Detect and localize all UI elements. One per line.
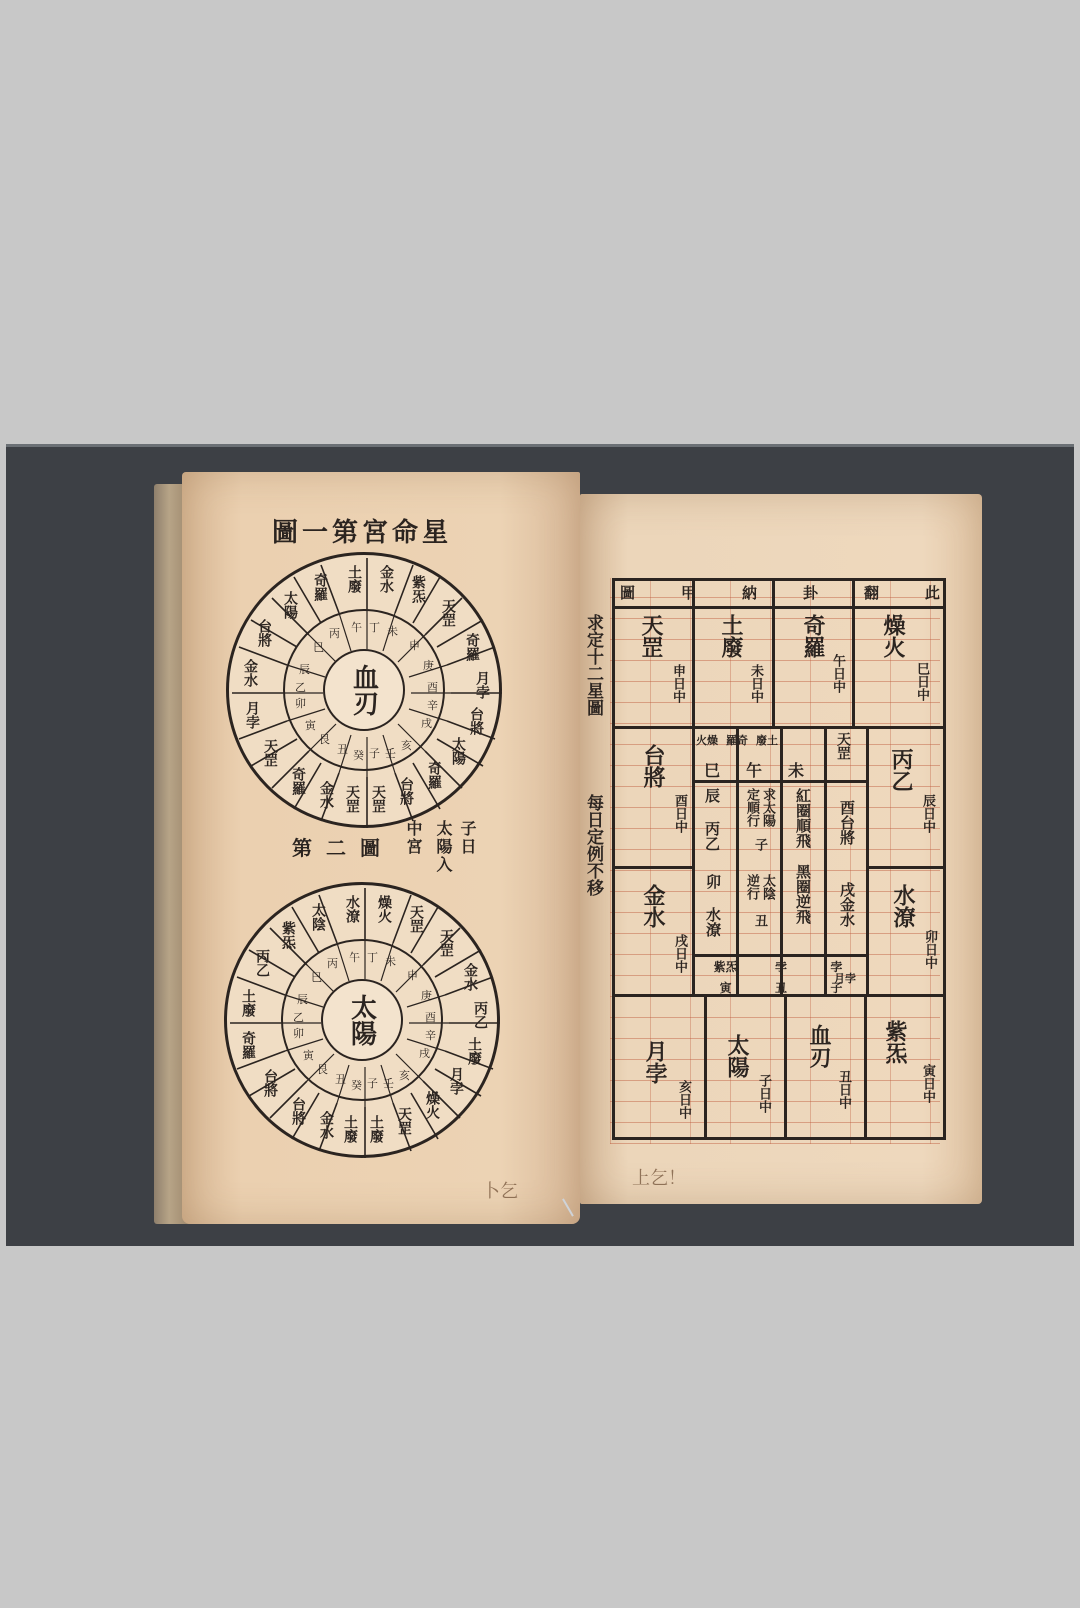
header-char: 納 xyxy=(742,582,757,603)
star-yuebo-note: 亥日中 xyxy=(676,1080,690,1119)
wheel-2-label: 燥火 xyxy=(425,1091,439,1119)
center-c-2: 黑圈逆飛 xyxy=(794,864,811,924)
wheel-2-label: 台將 xyxy=(291,1097,305,1125)
center-e-3: 丑 xyxy=(752,914,766,927)
wheel-2-label: 紫炁 xyxy=(281,921,295,949)
header-char: 翻 xyxy=(864,582,879,603)
wheel-1-label: 奇羅 xyxy=(427,761,441,789)
wheel-1-label: 台將 xyxy=(399,777,413,805)
wheel-2-label: 天罡 xyxy=(397,1107,411,1135)
wheel-2-label: 天罡 xyxy=(409,905,423,933)
center-d: 卯 水潦 xyxy=(704,874,721,937)
side-note-2: 每日定例不移 xyxy=(584,794,602,896)
bottom-inner-cell: 紫炁 xyxy=(698,958,753,975)
wheel-1-branch: 寅 xyxy=(305,717,316,733)
wheel-2-branch: 午 xyxy=(349,949,360,965)
star-xueren: 血刃 xyxy=(808,1024,830,1068)
branch-si: 巳 xyxy=(704,758,720,781)
wheel-1-label: 月孛 xyxy=(245,701,259,729)
star-zaohuo-note: 巳日中 xyxy=(914,662,928,701)
center-a-2: 丙乙 xyxy=(703,821,721,851)
wheel-1-branch: 子 xyxy=(369,745,380,761)
wheel-1-label: 土廢 xyxy=(347,565,361,593)
row-divider xyxy=(612,866,694,869)
wheel-2-label: 燥火 xyxy=(377,895,391,923)
diagram-2-day-note: 子日 xyxy=(456,820,479,856)
col-divider xyxy=(772,578,775,728)
wheel-2-branch: 卯 xyxy=(293,1025,304,1041)
center-b-1: 求太陽 xyxy=(760,788,774,827)
wheel-2-label: 台將 xyxy=(263,1069,277,1097)
header-char: 卦 xyxy=(803,582,818,603)
wheel-1-branch: 亥 xyxy=(401,737,412,753)
left-page-title: 星命宮第一圖 xyxy=(272,512,452,549)
right-page-marginalia: 上乞！ xyxy=(632,1164,686,1190)
star-qiluo: 奇羅 xyxy=(802,614,824,658)
star-zaohuo: 燥火 xyxy=(882,614,904,658)
star-tiangang: 天罡 xyxy=(640,614,662,658)
wheel-1-branch: 未 xyxy=(387,623,398,639)
row-divider xyxy=(866,866,946,869)
center-b-2: 定順行 xyxy=(744,788,758,827)
wheel-1-branch: 戌 xyxy=(421,715,432,731)
wheel-1-branch: 乙 xyxy=(295,679,306,695)
diagram-2-sun-note: 太陽入 xyxy=(432,820,455,874)
wheel-1-branch: 癸 xyxy=(353,747,364,763)
wheel-2-branch: 癸 xyxy=(351,1077,362,1093)
table-header: 此 翻 卦 納 甲 圖 xyxy=(620,582,940,603)
wheel-2-branch: 亥 xyxy=(399,1067,410,1083)
wheel-1-label: 天罡 xyxy=(441,599,455,627)
wheel-2-label: 月孛 xyxy=(449,1067,463,1095)
wheel-2-branch: 乙 xyxy=(293,1009,304,1025)
inner-header-cell: 火燥 xyxy=(696,732,718,748)
wheel-1-branch: 丁 xyxy=(369,619,380,635)
wheel-2-label: 土廢 xyxy=(343,1115,357,1143)
wheel-1-label: 太陽 xyxy=(451,737,465,765)
header-rule xyxy=(612,606,946,609)
wheel-2-label: 丙乙 xyxy=(473,1001,487,1029)
star-yuebo: 月孛 xyxy=(644,1040,666,1084)
wheel-2-branch: 未 xyxy=(385,953,396,969)
inner-branches: 巳 午 未 xyxy=(704,758,804,781)
wheel-2-branch: 丑 xyxy=(335,1071,346,1087)
wheel-1-branch: 卯 xyxy=(295,695,306,711)
wheel-1-center-label: 血刃 xyxy=(346,664,383,716)
wheel-1-label: 奇羅 xyxy=(313,573,327,601)
side-note-1: 求定十二星圖 xyxy=(584,614,602,716)
wheel-1-label: 天罡 xyxy=(345,785,359,813)
star-taiyang: 太陽 xyxy=(726,1034,748,1078)
col-divider xyxy=(864,994,867,1140)
inner-header: 火燥 羅奇 廢土 xyxy=(696,732,778,748)
wheel-2-branch: 寅 xyxy=(303,1047,314,1063)
bottom-inner-cell: 寅 xyxy=(698,979,753,996)
col-divider xyxy=(866,726,869,996)
wheel-2-label: 丙乙 xyxy=(255,949,269,977)
col-divider xyxy=(704,994,707,1140)
wheel-1-branch: 丙 xyxy=(329,625,340,641)
col-divider xyxy=(692,578,695,728)
header-char: 圖 xyxy=(620,582,635,603)
inner-rule xyxy=(692,954,866,957)
inner-header-tiangang: 天罡 xyxy=(836,732,850,760)
wheel-1-branch: 午 xyxy=(351,619,362,635)
wheel-1-branch: 巳 xyxy=(313,639,324,655)
bottom-inner-cell: 丑 xyxy=(753,979,808,996)
star-tufei: 土廢 xyxy=(720,614,742,658)
star-ziqi-note: 寅日中 xyxy=(920,1064,934,1103)
center-d-2: 水潦 xyxy=(704,907,722,937)
center-g: 戌金水 xyxy=(838,882,855,927)
wheel-2-branch: 酉 xyxy=(425,1009,436,1025)
diagram-2-caption-text: 圖二第 xyxy=(292,836,394,860)
center-a-1: 辰 xyxy=(703,788,721,803)
star-qiluo-note: 午日中 xyxy=(830,654,844,693)
wheel-1-branch: 丑 xyxy=(337,741,348,757)
wheel-2-branch: 巳 xyxy=(311,969,322,985)
yue-bo-label: 月孛 xyxy=(834,970,856,986)
wheel-2-branch: 辰 xyxy=(297,991,308,1007)
center-g-2: 金水 xyxy=(838,897,856,927)
wheel-1-label: 金水 xyxy=(243,659,257,687)
center-g-1: 戌 xyxy=(838,882,856,897)
star-xueren-note: 丑日中 xyxy=(836,1070,850,1109)
center-a: 辰 丙乙 xyxy=(704,788,720,851)
center-f-2: 台將 xyxy=(838,815,856,845)
wheel-1-label: 奇羅 xyxy=(291,767,305,795)
wheel-1-label: 天罡 xyxy=(371,785,385,813)
star-jinshui: 金水 xyxy=(642,884,664,928)
col-divider xyxy=(784,994,787,1140)
star-bingyi-note: 辰日中 xyxy=(920,794,934,833)
branch-wei: 未 xyxy=(788,758,804,781)
wheel-1-label: 金水 xyxy=(319,781,333,809)
center-b-3: 子 xyxy=(752,838,766,851)
wheel-2-center-label: 太陽 xyxy=(344,994,381,1046)
wheel-2-label: 土廢 xyxy=(241,989,255,1017)
wheel-1-branch: 辛 xyxy=(427,697,438,713)
wheel-1-branch: 壬 xyxy=(385,745,396,761)
photo-backdrop: 星命宮第一圖 xyxy=(6,444,1074,1246)
wheel-2-branch: 辛 xyxy=(425,1027,436,1043)
wheel-2-center: 太陽 xyxy=(321,979,403,1061)
wheel-2-branch: 申 xyxy=(407,967,418,983)
wheel-2-label: 太陰 xyxy=(311,903,325,931)
diagram-2-caption-horizontal: 圖二第 xyxy=(292,832,394,861)
left-page: 星命宮第一圖 xyxy=(182,472,580,1224)
bottom-inner-cell: 孛 xyxy=(753,958,808,975)
wheel-2-label: 土廢 xyxy=(467,1037,481,1065)
right-page: 求定十二星圖 每日定例不移 此 翻 卦 納 甲 圖 xyxy=(580,494,982,1204)
yue-bo-text: 月孛 xyxy=(834,972,856,985)
star-taijiang-note: 酉日中 xyxy=(672,794,686,833)
inner-header-cell: 廢土 xyxy=(756,732,778,748)
inner-header-cell: 羅奇 xyxy=(726,732,748,748)
wheel-2-label: 水潦 xyxy=(345,895,359,923)
wheel-1-label: 金水 xyxy=(379,565,393,593)
star-taiyang-note: 子日中 xyxy=(756,1074,770,1113)
wheel-2-branch: 子 xyxy=(367,1075,378,1091)
wheel-2-branch: 壬 xyxy=(383,1075,394,1091)
star-bingyi: 丙乙 xyxy=(890,748,912,792)
star-shuilao-note: 卯日中 xyxy=(922,930,936,969)
star-taijiang: 台將 xyxy=(642,744,664,788)
center-e-2: 逆行 xyxy=(744,874,758,900)
row-divider xyxy=(612,726,946,729)
wheel-1-label: 台將 xyxy=(257,619,271,647)
header-char: 此 xyxy=(925,582,940,603)
wheel-1-label: 天罡 xyxy=(263,739,277,767)
wheel-2-label: 奇羅 xyxy=(241,1031,255,1059)
col-divider xyxy=(852,578,855,728)
wheel-2-label: 天罡 xyxy=(439,929,453,957)
wheel-2-branch: 戌 xyxy=(419,1045,430,1061)
wheel-1-center: 血刃 xyxy=(323,649,405,731)
wheel-1-branch: 辰 xyxy=(299,661,310,677)
wheel-1-branch: 艮 xyxy=(319,731,330,747)
center-d-1: 卯 xyxy=(704,874,722,889)
wheel-1-label: 紫炁 xyxy=(411,575,425,603)
star-tiangang-note: 申日中 xyxy=(670,664,684,703)
left-page-marginalia: 卜乞 xyxy=(482,1177,518,1203)
wheel-2-label: 金水 xyxy=(319,1111,333,1139)
wheel-1-label: 台將 xyxy=(469,707,483,735)
star-tufei-note: 未日中 xyxy=(748,664,762,703)
wheel-2-branch: 庚 xyxy=(421,987,432,1003)
wheel-2-branch: 丙 xyxy=(327,955,338,971)
wheel-1-branch: 酉 xyxy=(427,679,438,695)
wheel-2-label: 土廢 xyxy=(369,1115,383,1143)
center-f-1: 酉 xyxy=(838,800,856,815)
star-ziqi: 紫炁 xyxy=(884,1020,906,1064)
star-shuilao: 水潦 xyxy=(892,884,914,928)
wheel-1-branch: 申 xyxy=(409,637,420,653)
branch-wu: 午 xyxy=(746,758,762,781)
star-wheel-1: 血刃 天罡 天罡 台將 奇羅 太陽 台將 月孛 奇羅 天罡 紫炁 金水 土廢 奇… xyxy=(226,552,502,828)
wheel-1-label: 奇羅 xyxy=(465,633,479,661)
center-c-1: 紅圈順飛 xyxy=(794,788,811,848)
star-jinshui-note: 戌日中 xyxy=(672,934,686,973)
wheel-1-label: 太陽 xyxy=(283,591,297,619)
wheel-2-label: 金水 xyxy=(463,963,477,991)
wheel-2-branch: 丁 xyxy=(367,949,378,965)
center-e-1: 太陰 xyxy=(760,874,774,900)
center-f: 酉台將 xyxy=(838,800,855,845)
open-book: 星命宮第一圖 xyxy=(6,444,1074,1246)
star-wheel-2: 太陽 土廢 土廢 金水 台將 天罡 月孛 燥火 奇羅 土廢 丙乙 紫炁 太陰 水… xyxy=(224,882,500,1158)
diagram-2-center-note: 中宮 xyxy=(402,820,425,856)
wheel-1-branch: 庚 xyxy=(423,657,434,673)
wheel-2-branch: 艮 xyxy=(317,1061,328,1077)
wheel-1-label: 月孛 xyxy=(475,671,489,699)
